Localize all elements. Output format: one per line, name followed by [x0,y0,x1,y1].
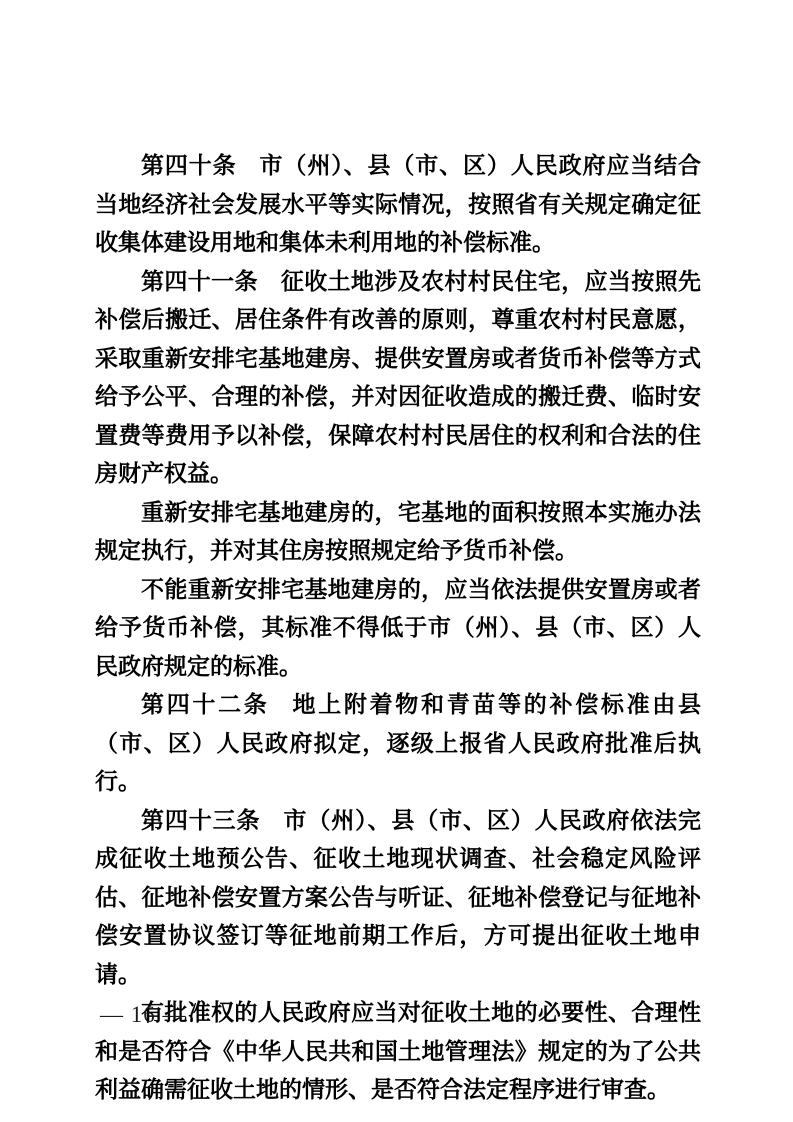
paragraph-article-41-clause-2: 重新安排宅基地建房的，宅基地的面积按照本实施办法规定执行，并对其住房按照规定给予… [95,493,701,570]
page-number: — 16 — [100,1002,187,1028]
article-number: 第四十一条 [141,268,258,294]
paragraph-article-41-clause-3: 不能重新安排宅基地建房的，应当依法提供安置房或者给予货币补偿，其标准不得低于市（… [95,570,701,686]
article-number: 第四十二条 [141,691,270,717]
article-text: 不能重新安排宅基地建房的，应当依法提供安置房或者给予货币补偿，其标准不得低于市（… [95,576,701,679]
paragraph-article-41: 第四十一条征收土地涉及农村村民住宅，应当按照先补偿后搬迁、居住条件有改善的原则，… [95,262,701,493]
article-text: 重新安排宅基地建房的，宅基地的面积按照本实施办法规定执行，并对其住房按照规定给予… [95,499,701,564]
document-body: 第四十条市（州）、县（市、区）人民政府应当结合当地经济社会发展水平等实际情况，按… [95,146,701,1109]
paragraph-article-42: 第四十二条地上附着物和青苗等的补偿标准由县（市、区）人民政府拟定，逐级上报省人民… [95,685,701,801]
article-text: 征收土地涉及农村村民住宅，应当按照先补偿后搬迁、居住条件有改善的原则，尊重农村村… [95,268,701,487]
article-text: 市（州）、县（市、区）人民政府依法完成征收土地预公告、征收土地现状调查、社会稳定… [95,807,701,987]
document-page: 第四十条市（州）、县（市、区）人民政府应当结合当地经济社会发展水平等实际情况，按… [0,0,793,1122]
paragraph-article-40: 第四十条市（州）、县（市、区）人民政府应当结合当地经济社会发展水平等实际情况，按… [95,146,701,262]
article-number: 第四十条 [141,152,237,178]
paragraph-article-43: 第四十三条市（州）、县（市、区）人民政府依法完成征收土地预公告、征收土地现状调查… [95,801,701,994]
article-number: 第四十三条 [141,807,260,833]
